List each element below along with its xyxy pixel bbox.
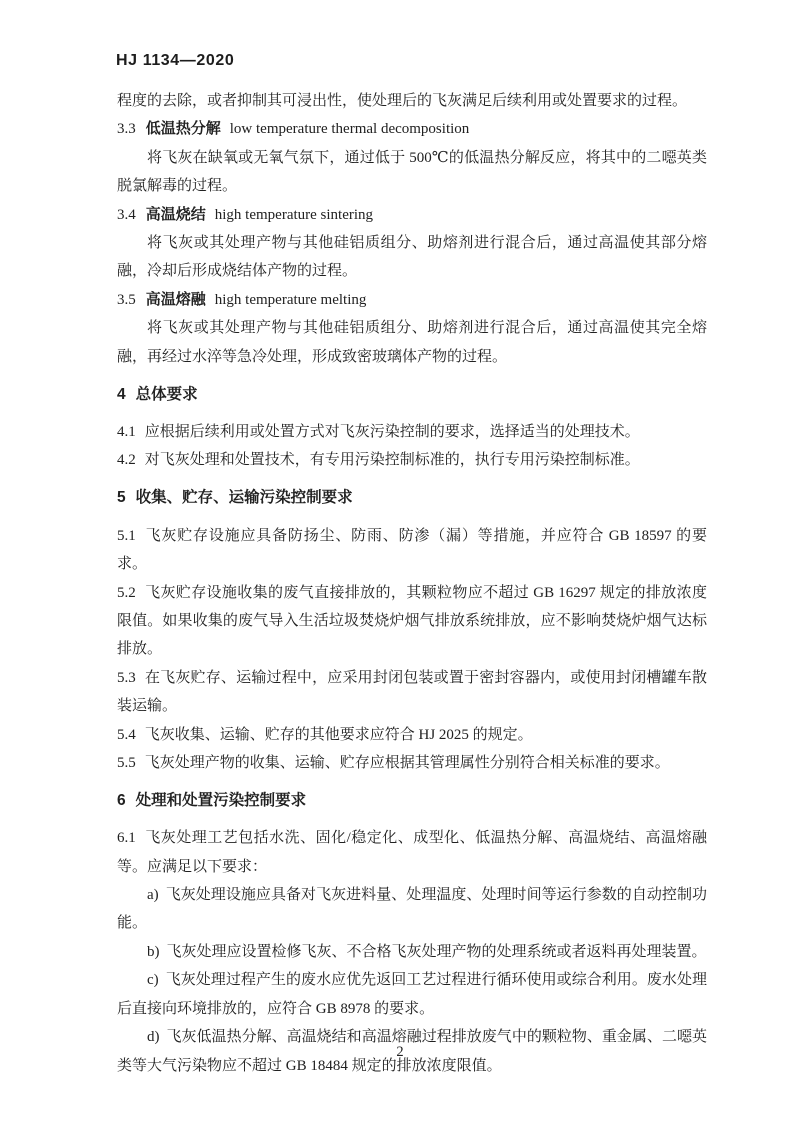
section-title: 处理和处置污染控制要求: [136, 792, 307, 809]
clause-number: 5.3: [117, 670, 136, 686]
clause-number: 3.5: [117, 292, 136, 308]
clause-5-4: 5.4飞灰收集、运输、贮存的其他要求应符合 HJ 2025 的规定。: [117, 721, 707, 749]
clause-number: 5.1: [117, 528, 136, 544]
page-number: 2: [0, 1044, 800, 1061]
section-number: 6: [117, 792, 126, 809]
clause-number: 3.4: [117, 207, 136, 223]
term-definition-3-4: 将飞灰或其处理产物与其他硅铝质组分、助熔剂进行混合后，通过高温使其部分熔融，冷却…: [117, 229, 707, 286]
term-heading-3-5: 3.5高温熔融high temperature melting: [117, 286, 707, 314]
clause-text: 在飞灰贮存、运输过程中，应采用封闭包装或置于密封容器内，或使用封闭槽罐车散装运输…: [117, 670, 707, 714]
list-item-b: b)飞灰处理应设置检修飞灰、不合格飞灰处理产物的处理系统或者返料再处理装置。: [117, 938, 707, 966]
clause-6-1: 6.1飞灰处理工艺包括水洗、固化/稳定化、成型化、低温热分解、高温烧结、高温熔融…: [117, 824, 707, 881]
list-item-text: 飞灰处理应设置检修飞灰、不合格飞灰处理产物的处理系统或者返料再处理装置。: [167, 944, 707, 960]
document-body: 程度的去除，或者抑制其可浸出性，使处理后的飞灰满足后续利用或处置要求的过程。 3…: [117, 87, 707, 1080]
clause-5-5: 5.5飞灰处理产物的收集、运输、贮存应根据其管理属性分别符合相关标准的要求。: [117, 749, 707, 777]
section-number: 4: [117, 386, 126, 403]
list-marker: b): [147, 944, 160, 960]
clause-4-1: 4.1应根据后续利用或处置方式对飞灰污染控制的要求，选择适当的处理技术。: [117, 418, 707, 446]
section-heading-5: 5收集、贮存、运输污染控制要求: [117, 484, 707, 512]
document-page: HJ 1134—2020 程度的去除，或者抑制其可浸出性，使处理后的飞灰满足后续…: [0, 0, 800, 1131]
clause-text: 应根据后续利用或处置方式对飞灰污染控制的要求，选择适当的处理技术。: [145, 424, 640, 440]
clause-5-3: 5.3在飞灰贮存、运输过程中，应采用封闭包装或置于密封容器内，或使用封闭槽罐车散…: [117, 664, 707, 721]
clause-number: 3.3: [117, 121, 136, 137]
clause-5-1: 5.1飞灰贮存设施应具备防扬尘、防雨、防渗（漏）等措施，并应符合 GB 1859…: [117, 522, 707, 579]
term-definition-3-5: 将飞灰或其处理产物与其他硅铝质组分、助熔剂进行混合后，通过高温使其完全熔融，再经…: [117, 314, 707, 371]
section-title: 总体要求: [136, 386, 198, 403]
list-marker: d): [147, 1029, 160, 1045]
section-heading-4: 4总体要求: [117, 381, 707, 409]
list-item-a: a)飞灰处理设施应具备对飞灰进料量、处理温度、处理时间等运行参数的自动控制功能。: [117, 881, 707, 938]
term-heading-3-3: 3.3低温热分解low temperature thermal decompos…: [117, 115, 707, 143]
section-number: 5: [117, 489, 126, 506]
list-item-text: 飞灰处理过程产生的废水应优先返回工艺过程进行循环使用或综合利用。废水处理后直接向…: [117, 972, 707, 1016]
clause-5-2: 5.2飞灰贮存设施收集的废气直接排放的，其颗粒物应不超过 GB 16297 规定…: [117, 579, 707, 664]
clause-text: 对飞灰处理和处置技术，有专用污染控制标准的，执行专用污染控制标准。: [145, 452, 640, 468]
clause-text: 飞灰收集、运输、贮存的其他要求应符合 HJ 2025 的规定。: [145, 727, 533, 743]
clause-number: 5.2: [117, 585, 136, 601]
clause-number: 6.1: [117, 830, 136, 846]
term-en: high temperature melting: [215, 292, 367, 308]
standard-code-header: HJ 1134—2020: [116, 52, 234, 70]
clause-4-2: 4.2对飞灰处理和处置技术，有专用污染控制标准的，执行专用污染控制标准。: [117, 446, 707, 474]
list-item-c: c)飞灰处理过程产生的废水应优先返回工艺过程进行循环使用或综合利用。废水处理后直…: [117, 966, 707, 1023]
section-heading-6: 6处理和处置污染控制要求: [117, 787, 707, 815]
section-title: 收集、贮存、运输污染控制要求: [136, 489, 353, 506]
clause-number: 4.2: [117, 452, 136, 468]
clause-text: 飞灰处理工艺包括水洗、固化/稳定化、成型化、低温热分解、高温烧结、高温熔融等。应…: [117, 830, 707, 874]
term-zh: 高温熔融: [146, 291, 206, 308]
list-marker: a): [147, 887, 159, 903]
term-heading-3-4: 3.4高温烧结high temperature sintering: [117, 201, 707, 229]
clause-number: 4.1: [117, 424, 136, 440]
list-item-text: 飞灰处理设施应具备对飞灰进料量、处理温度、处理时间等运行参数的自动控制功能。: [117, 887, 707, 931]
term-zh: 低温热分解: [146, 120, 221, 137]
term-en: low temperature thermal decomposition: [230, 121, 470, 137]
clause-text: 飞灰贮存设施应具备防扬尘、防雨、防渗（漏）等措施，并应符合 GB 18597 的…: [117, 528, 707, 572]
clause-text: 飞灰处理产物的收集、运输、贮存应根据其管理属性分别符合相关标准的要求。: [145, 755, 670, 771]
term-definition-3-3: 将飞灰在缺氧或无氧气氛下，通过低于 500℃的低温热分解反应，将其中的二噁英类脱…: [117, 144, 707, 201]
term-en: high temperature sintering: [215, 207, 373, 223]
clause-number: 5.4: [117, 727, 136, 743]
clause-text: 飞灰贮存设施收集的废气直接排放的，其颗粒物应不超过 GB 16297 规定的排放…: [117, 585, 707, 658]
list-marker: c): [147, 972, 159, 988]
continuation-paragraph: 程度的去除，或者抑制其可浸出性，使处理后的飞灰满足后续利用或处置要求的过程。: [117, 87, 707, 115]
clause-number: 5.5: [117, 755, 136, 771]
term-zh: 高温烧结: [146, 206, 206, 223]
